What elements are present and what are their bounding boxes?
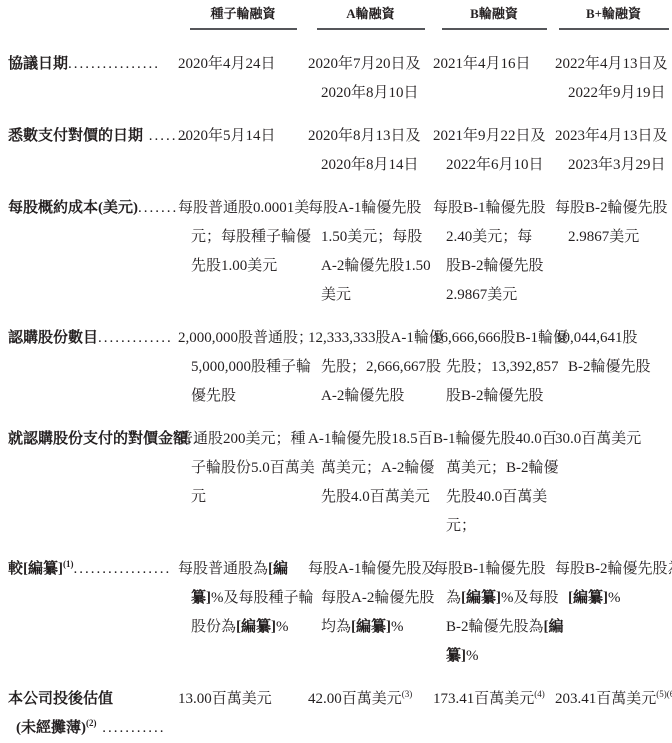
cell-text: B-1輪優先股40.0百 萬美元；B-2輪優 先股40.0百萬美 元； <box>433 431 559 534</box>
cell-text: 13.00百萬美元 <box>178 691 272 707</box>
cell-text: 普通股200美元；種 子輪股份5.0百萬美 元 <box>178 431 315 505</box>
table-cell: B-1輪優先股40.0百 萬美元；B-2輪優 先股40.0百萬美 元； <box>433 425 555 541</box>
table-cell: 173.41百萬美元(4) <box>433 685 555 743</box>
table-cell: 每股A-1輪優先股及 每股A-2輪優先股 均為[編纂]% <box>308 555 433 671</box>
cell-text: 每股A-1輪優先股 1.50美元；每股 A-2輪優先股1.50 美元 <box>308 200 431 303</box>
row-label: 較[編纂](1)................. <box>8 555 178 671</box>
table-row-payment-date: 悉數支付對價的日期 ....... 2020年5月14日 2020年8月13日及… <box>8 122 672 180</box>
table-cell: 42.00百萬美元(3) <box>308 685 433 743</box>
table-cell: 203.41百萬美元(5)(6) <box>555 685 672 743</box>
column-header-label: B輪融資 <box>442 3 547 30</box>
table-row-cost-per-share: 每股概約成本(美元)....... 每股普通股0.0001美 元；每股種子輪優 … <box>8 194 672 310</box>
row-label: 認購股份數目............. <box>8 324 178 411</box>
column-header-label: B+輪融資 <box>559 3 669 30</box>
row-label-line1: 本公司投後估值 <box>8 685 178 714</box>
cell-text: 每股A-1輪優先股及 每股A-2輪優先股 均為[編纂]% <box>308 561 436 635</box>
row-label-text: 每股概約成本(美元) <box>8 200 138 216</box>
row-label-text: 較[編纂] <box>8 561 63 577</box>
table-cell: 普通股200美元；種 子輪股份5.0百萬美 元 <box>178 425 308 541</box>
table-header-row: 種子輪融資 A輪融資 B輪融資 B+輪融資 <box>8 3 672 30</box>
table-cell: 每股B-2輪優先股 2.9867美元 <box>555 194 672 310</box>
dot-leader: ............. <box>98 330 173 346</box>
cell-text: A-1輪優先股18.5百 萬美元；A-2輪優 先股4.0百萬美元 <box>308 431 434 505</box>
cell-text: 2020年8月13日及 2020年8月14日 <box>308 128 421 173</box>
table-cell: 每股普通股為[編 纂]%及每股種子輪 股份為[編纂]% <box>178 555 308 671</box>
column-header-series-b: B輪融資 <box>433 3 555 30</box>
table-row-shares-subscribed: 認購股份數目............. 2,000,000股普通股； 5,000… <box>8 324 672 411</box>
footnote-ref: (1) <box>63 559 74 569</box>
column-header-series-b-plus: B+輪融資 <box>555 3 672 30</box>
table-cell: 13.00百萬美元 <box>178 685 308 743</box>
cell-text: 2023年4月13日及 2023年3月29日 <box>555 128 668 173</box>
cell-text: 12,333,333股A-1輪優 先股；2,666,667股 A-2輪優先股 <box>308 330 444 404</box>
row-label-text: 協議日期 <box>8 56 68 72</box>
cell-text: 16,666,666股B-1輪優 先股；13,392,857 股B-2輪優先股 <box>433 330 568 404</box>
table-row-post-money-valuation: 本公司投後估值(未經攤薄)(2) ........... 13.00百萬美元 4… <box>8 685 672 743</box>
table-row-discount: 較[編纂](1)................. 每股普通股為[編 纂]%及每… <box>8 555 672 671</box>
table-cell: 2,000,000股普通股； 5,000,000股種子輪 優先股 <box>178 324 308 411</box>
cell-text: 2020年4月24日 <box>178 56 276 72</box>
cell-text: 每股普通股為[編 纂]%及每股種子輪 股份為[編纂]% <box>178 561 314 635</box>
table-cell: 每股A-1輪優先股 1.50美元；每股 A-2輪優先股1.50 美元 <box>308 194 433 310</box>
row-label: 每股概約成本(美元)....... <box>8 194 178 310</box>
cell-text: 2021年4月16日 <box>433 56 531 72</box>
cell-text: 30.0百萬美元 <box>555 431 641 447</box>
row-label: 就認購股份支付的對價金額.. <box>8 425 178 541</box>
table-cell: 2021年4月16日 <box>433 50 555 108</box>
table-cell: 2020年4月24日 <box>178 50 308 108</box>
cell-text: 10,044,641股 B-2輪優先股 <box>555 330 651 375</box>
table-cell: 每股B-1輪優先股 為[編纂]%及每股 B-2輪優先股為[編 纂]% <box>433 555 555 671</box>
table-cell: 每股B-2輪優先股為 [編纂]% <box>555 555 672 671</box>
table-cell: 2020年8月13日及 2020年8月14日 <box>308 122 433 180</box>
dot-leader: ................. <box>74 561 172 577</box>
cell-text: 2020年7月20日及 2020年8月10日 <box>308 56 421 101</box>
table-cell: 16,666,666股B-1輪優 先股；13,392,857 股B-2輪優先股 <box>433 324 555 411</box>
cell-text: 173.41百萬美元 <box>433 691 534 707</box>
row-label-text: 就認購股份支付的對價金額 <box>8 431 188 447</box>
column-header-seed-round: 種子輪融資 <box>178 3 308 30</box>
row-label: 本公司投後估值(未經攤薄)(2) ........... <box>8 685 178 743</box>
header-spacer <box>8 3 178 30</box>
table-cell: 2020年5月14日 <box>178 122 308 180</box>
row-label-line2: (未經攤薄)(2) ........... <box>8 714 178 743</box>
cell-text: 2021年9月22日及 2022年6月10日 <box>433 128 546 173</box>
cell-text: 每股B-1輪優先股 為[編纂]%及每股 B-2輪優先股為[編 纂]% <box>433 561 564 664</box>
cell-text: 203.41百萬美元 <box>555 691 656 707</box>
footnote-ref: (5)(6) <box>656 689 672 699</box>
cell-text: 42.00百萬美元 <box>308 691 402 707</box>
dot-leader: ................ <box>68 56 160 72</box>
cell-text: 2022年4月13日及 2022年9月19日 <box>555 56 668 101</box>
row-label-text: 悉數支付對價的日期 <box>8 128 143 144</box>
table-cell: 2020年7月20日及 2020年8月10日 <box>308 50 433 108</box>
column-header-label: 種子輪融資 <box>190 3 297 30</box>
cell-text: 每股B-1輪優先股 2.40美元；每 股B-2輪優先股 2.9867美元 <box>433 200 546 303</box>
cell-text: 每股普通股0.0001美 元；每股種子輪優 先股1.00美元 <box>178 200 311 274</box>
table-cell: 2023年4月13日及 2023年3月29日 <box>555 122 672 180</box>
footnote-ref: (2) <box>86 718 97 728</box>
dot-leader: ........... <box>97 720 166 736</box>
table-cell: 10,044,641股 B-2輪優先股 <box>555 324 672 411</box>
row-label-text: 認購股份數目 <box>8 330 98 346</box>
table-cell: 每股普通股0.0001美 元；每股種子輪優 先股1.00美元 <box>178 194 308 310</box>
row-label: 協議日期................ <box>8 50 178 108</box>
dot-leader: ....... <box>138 200 178 216</box>
cell-text: 每股B-2輪優先股 2.9867美元 <box>555 200 668 245</box>
table-cell: 30.0百萬美元 <box>555 425 672 541</box>
row-label: 悉數支付對價的日期 ....... <box>8 122 178 180</box>
table-cell: A-1輪優先股18.5百 萬美元；A-2輪優 先股4.0百萬美元 <box>308 425 433 541</box>
table-cell: 2022年4月13日及 2022年9月19日 <box>555 50 672 108</box>
table-cell: 12,333,333股A-1輪優 先股；2,666,667股 A-2輪優先股 <box>308 324 433 411</box>
footnote-ref: (4) <box>534 689 545 699</box>
table-cell: 2021年9月22日及 2022年6月10日 <box>433 122 555 180</box>
table-cell: 每股B-1輪優先股 2.40美元；每 股B-2輪優先股 2.9867美元 <box>433 194 555 310</box>
cell-text: 2020年5月14日 <box>178 128 276 144</box>
footnote-ref: (3) <box>402 689 413 699</box>
table-row-agreement-date: 協議日期................ 2020年4月24日 2020年7月2… <box>8 50 672 108</box>
cell-text: 每股B-2輪優先股為 [編纂]% <box>555 561 672 606</box>
column-header-series-a: A輪融資 <box>308 3 433 30</box>
row-label-text: (未經攤薄) <box>16 720 86 736</box>
cell-text: 2,000,000股普通股； 5,000,000股種子輪 優先股 <box>178 330 313 404</box>
table-row-consideration-paid: 就認購股份支付的對價金額.. 普通股200美元；種 子輪股份5.0百萬美 元 A… <box>8 425 672 541</box>
column-header-label: A輪融資 <box>317 3 425 30</box>
funding-rounds-table: 種子輪融資 A輪融資 B輪融資 B+輪融資 協議日期..............… <box>0 0 672 743</box>
